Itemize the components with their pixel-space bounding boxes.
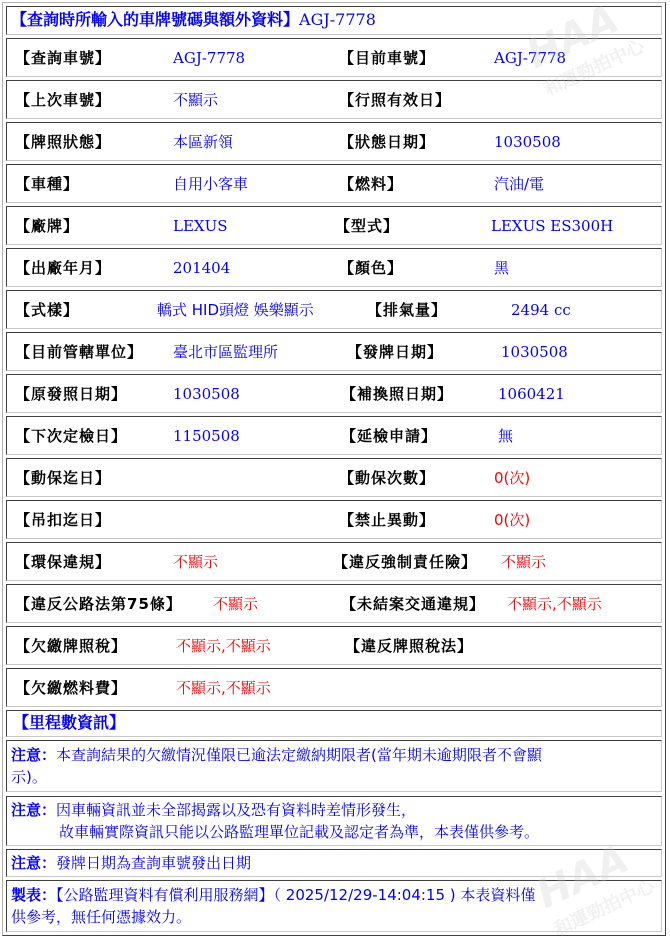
field-value: 不顯示 <box>173 553 218 571</box>
field-label: 【查詢車號】 <box>15 49 111 67</box>
info-row: 【下次定檢日】1150508【延檢申請】無 <box>6 416 662 455</box>
field-label: 【動保次數】 <box>339 469 435 487</box>
footer-row: 製表：【公路監理資料有償利用服務網】（ 2025/12/29-14:04:15 … <box>6 880 662 932</box>
field-label: 【欠繳牌照稅】 <box>15 637 127 655</box>
field-value: 201404 <box>173 259 230 277</box>
field-label: 【動保迄日】 <box>15 469 111 487</box>
title-row: 【查詢時所輸入的車牌號碼與額外資料】AGJ-7778 <box>6 6 662 35</box>
field-label: 【延檢申請】 <box>341 427 437 445</box>
footer-note: 製表：【公路監理資料有償利用服務網】（ 2025/12/29-14:04:15 … <box>11 884 655 928</box>
field-value: 1030508 <box>501 343 568 361</box>
field-value: 不顯示 <box>173 91 218 109</box>
title-label: 【查詢時所輸入的車牌號碼與額外資料】 <box>11 10 299 29</box>
field-label: 【車種】 <box>15 175 79 193</box>
field-label: 【違反牌照稅法】 <box>345 637 473 655</box>
field-value: 轎式 HID頭燈 娛樂顯示 <box>157 301 314 319</box>
mileage-row: 【里程數資訊】 <box>6 710 662 737</box>
info-row: 【吊扣迄日】【禁止異動】0(次) <box>6 500 662 539</box>
info-row: 【目前管轄單位】臺北市區監理所【發牌日期】1030508 <box>6 332 662 371</box>
info-row: 【上次車號】不顯示【行照有效日】 <box>6 80 662 119</box>
note-1-prefix: 注意： <box>11 746 56 764</box>
note-row-3: 注意：發牌日期為查詢車號發出日期 <box>6 849 662 877</box>
info-row: 【牌照狀態】本區新領【狀態日期】1030508 <box>6 122 662 161</box>
field-label: 【違反公路法第75條】 <box>15 595 182 613</box>
field-value: 不顯示,不顯示 <box>507 595 602 613</box>
field-label: 【顏色】 <box>339 259 403 277</box>
field-value: 自用小客車 <box>173 175 248 193</box>
field-value: 1060421 <box>498 385 565 403</box>
info-row: 【出廠年月】201404【顏色】黑 <box>6 248 662 287</box>
note-3-text: 發牌日期為查詢車號發出日期 <box>56 854 251 872</box>
field-value: 黑 <box>494 259 509 277</box>
field-label: 【欠繳燃料費】 <box>15 679 127 697</box>
title-plate: AGJ-7778 <box>299 10 376 29</box>
info-row: 【原發照日期】1030508【補換照日期】1060421 <box>6 374 662 413</box>
field-label: 【發牌日期】 <box>347 343 443 361</box>
note-2: 注意：因車輛資訊並未全部揭露以及恐有資料時差情形發生， 故車輛實際資訊只能以公路… <box>11 799 655 843</box>
field-label: 【廠牌】 <box>15 217 79 235</box>
page-title: 【查詢時所輸入的車牌號碼與額外資料】AGJ-7778 <box>11 11 376 29</box>
note-2-text2: 故車輛實際資訊只能以公路監理單位記載及認定者為準，本表僅供參考。 <box>11 821 655 843</box>
info-row: 【欠繳燃料費】不顯示,不顯示 <box>6 668 662 707</box>
field-value: 汽油/電 <box>494 175 544 193</box>
field-value: 無 <box>498 427 513 445</box>
field-value: 0(次) <box>494 469 530 487</box>
info-row: 【違反公路法第75條】不顯示【未結案交通違規】不顯示,不顯示 <box>6 584 662 623</box>
info-row: 【查詢車號】AGJ-7778【目前車號】AGJ-7778 <box>6 38 662 77</box>
note-2-prefix: 注意： <box>11 801 56 819</box>
footer-text2: 供參考，無任何憑據效力。 <box>11 908 191 926</box>
footer-text: 【公路監理資料有償利用服務網】（ 2025/12/29-14:04:15 ) 本… <box>56 886 535 904</box>
mileage-label: 【里程數資訊】 <box>13 714 125 732</box>
field-value: 本區新領 <box>173 133 233 151</box>
info-row: 【車種】自用小客車【燃料】汽油/電 <box>6 164 662 203</box>
field-value: 臺北市區監理所 <box>173 343 278 361</box>
field-value: 不顯示 <box>213 595 258 613</box>
field-label: 【上次車號】 <box>15 91 111 109</box>
field-value: 1030508 <box>494 133 561 151</box>
field-label: 【燃料】 <box>339 175 403 193</box>
info-row: 【動保迄日】【動保次數】0(次) <box>6 458 662 497</box>
field-value: AGJ-7778 <box>173 49 245 67</box>
field-label: 【式樣】 <box>15 301 79 319</box>
field-value: LEXUS <box>173 217 228 235</box>
footer-prefix: 製表： <box>11 886 56 904</box>
field-value: AGJ-7778 <box>494 49 566 67</box>
field-label: 【環保違規】 <box>15 553 111 571</box>
field-label: 【排氣量】 <box>367 301 447 319</box>
note-1-text2: 示)。 <box>11 768 47 786</box>
field-label: 【目前管轄單位】 <box>15 343 143 361</box>
field-label: 【狀態日期】 <box>339 133 435 151</box>
field-value: 1030508 <box>173 385 240 403</box>
field-label: 【原發照日期】 <box>15 385 127 403</box>
info-row: 【式樣】轎式 HID頭燈 娛樂顯示【排氣量】2494 cc <box>6 290 662 329</box>
info-row: 【欠繳牌照稅】不顯示,不顯示【違反牌照稅法】 <box>6 626 662 665</box>
field-value: LEXUS ES300H <box>491 217 613 235</box>
info-row: 【環保違規】不顯示【違反強制責任險】不顯示 <box>6 542 662 581</box>
field-label: 【補換照日期】 <box>341 385 453 403</box>
field-label: 【行照有效日】 <box>339 91 451 109</box>
field-label: 【違反強制責任險】 <box>333 553 477 571</box>
field-value: 不顯示 <box>501 553 546 571</box>
field-label: 【出廠年月】 <box>15 259 111 277</box>
note-3: 注意：發牌日期為查詢車號發出日期 <box>11 852 655 874</box>
field-value: 2494 cc <box>511 301 571 319</box>
field-label: 【禁止異動】 <box>339 511 435 529</box>
note-row-1: 注意：本查詢結果的欠繳情況僅限已逾法定繳納期限者(當年期未逾期限者不會顯 示)。 <box>6 740 662 792</box>
note-3-prefix: 注意： <box>11 854 56 872</box>
note-1: 注意：本查詢結果的欠繳情況僅限已逾法定繳納期限者(當年期未逾期限者不會顯 示)。 <box>11 744 655 788</box>
field-label: 【下次定檢日】 <box>15 427 127 445</box>
note-row-2: 注意：因車輛資訊並未全部揭露以及恐有資料時差情形發生， 故車輛實際資訊只能以公路… <box>6 796 662 846</box>
field-value: 不顯示,不顯示 <box>176 679 271 697</box>
field-value: 不顯示,不顯示 <box>176 637 271 655</box>
field-label: 【牌照狀態】 <box>15 133 111 151</box>
field-value: 0(次) <box>494 511 530 529</box>
field-value: 1150508 <box>173 427 240 445</box>
field-label: 【未結案交通違規】 <box>341 595 485 613</box>
info-row: 【廠牌】LEXUS【型式】LEXUS ES300H <box>6 206 662 245</box>
field-label: 【吊扣迄日】 <box>15 511 111 529</box>
note-2-text: 因車輛資訊並未全部揭露以及恐有資料時差情形發生， <box>56 801 416 819</box>
note-1-text: 本查詢結果的欠繳情況僅限已逾法定繳納期限者(當年期未逾期限者不會顯 <box>56 746 542 764</box>
field-label: 【目前車號】 <box>339 49 435 67</box>
field-label: 【型式】 <box>335 217 399 235</box>
